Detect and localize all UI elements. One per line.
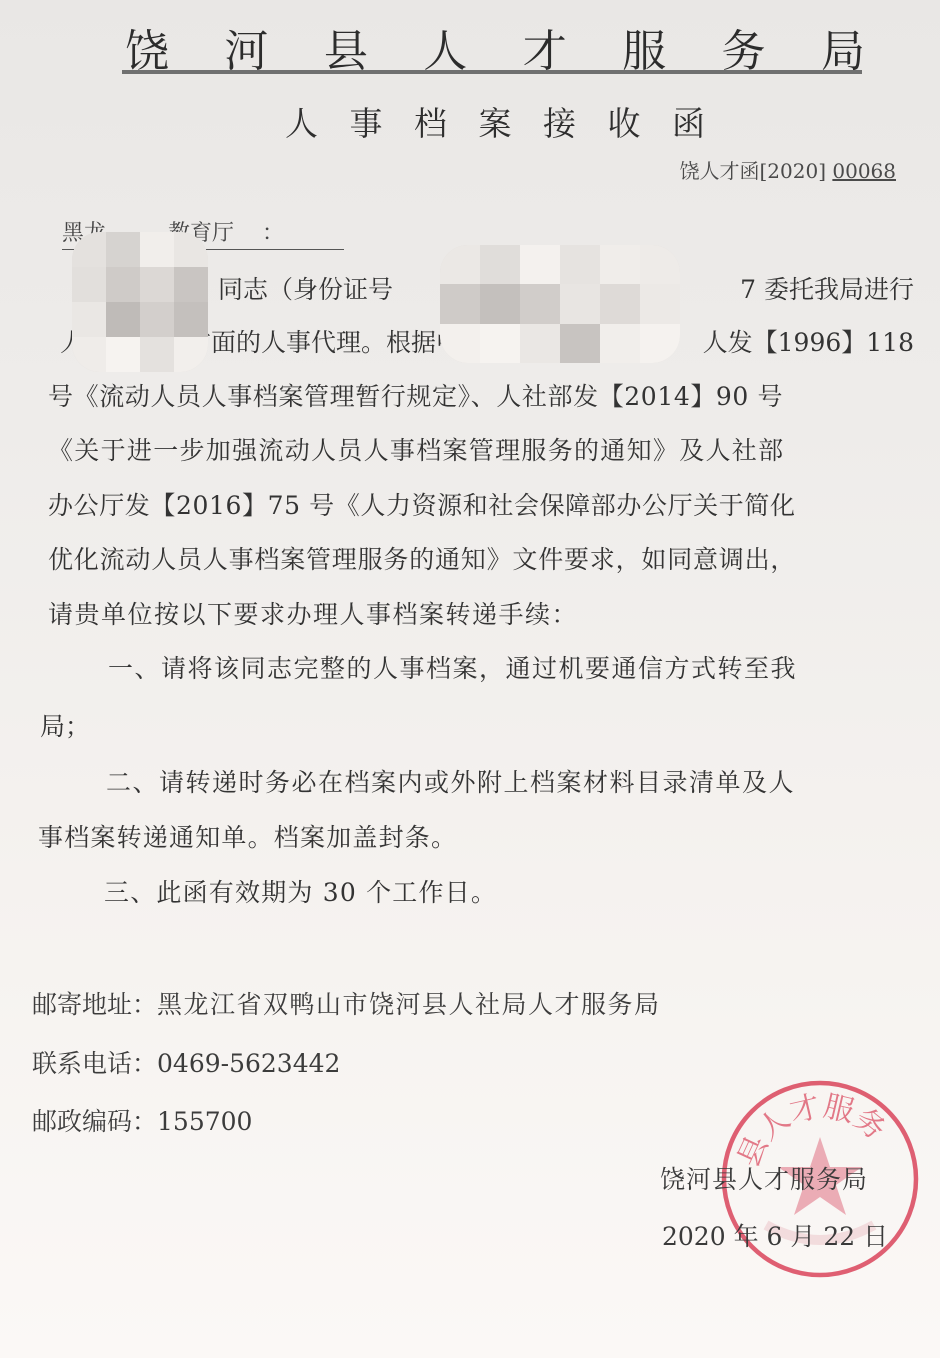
body-text: 《关于进一步加强流动人员人事档案管理服务的通知》及人社部 [48,436,784,465]
doc-title-char: 人 [285,98,318,145]
body-line-10: 二、请转递时务必在档案内或外附上档案材料目录清单及人 [106,763,940,799]
body-text: 二、请转递时务必在档案内或外附上档案材料目录清单及人 [106,768,795,797]
body-line-5: 办公厅发【2016】75 号《人力资源和社会保障部办公厅关于简化 [48,486,914,522]
header-rule [122,70,862,74]
document-title: 人 事 档 案 接 收 函 [285,98,705,145]
body-line-11: 事档案转递通知单。档案加盖封条。 [38,818,904,854]
body-line-4: 《关于进一步加强流动人员人事档案管理服务的通知》及人社部 [48,431,914,467]
body-text: 人发【1996】118 [703,323,914,359]
doc-title-char: 函 [672,98,705,145]
body-text: 一、请将该同志完整的人事档案，通过机要通信方式转至我 [108,654,797,683]
body-text: 三、此函有效期为 30 个工作日。 [104,878,497,907]
body-text: 优化流动人员人事档案管理服务的通知》文件要求，如同意调出， [48,545,796,574]
phone-value: 0469-5623442 [157,1049,340,1078]
signature-date: 2020 年 6 月 22 日 [662,1217,888,1253]
body-text: 办公厅发【2016】75 号《人力资源和社会保障部办公厅关于简化 [48,491,796,520]
postal-label: 邮政编码： [32,1107,157,1136]
body-text: 事档案转递通知单。档案加盖封条。 [38,823,457,852]
body-line-8: 一、请将该同志完整的人事档案，通过机要通信方式转至我 [108,649,940,685]
document-number: 饶人才函[2020] 00068 [680,155,897,184]
organization-title: 饶 河 县 人 才 服 务 局 [125,18,865,76]
body-text: 号《流动人员人事档案管理暂行规定》、人社部发【2014】90 号 [48,377,783,413]
doc-title-char: 事 [350,98,383,145]
doc-title-char: 案 [479,98,512,145]
redaction-blur-name [72,232,208,372]
contact-phone: 联系电话：0469-5623442 [32,1044,340,1080]
contact-address: 邮寄地址：黑龙江省双鸭山市饶河县人社局人才服务局 [32,985,661,1021]
body-text: 同志（身份证号 [218,270,393,306]
contact-postal: 邮政编码：155700 [32,1102,252,1138]
doc-title-char: 收 [608,98,641,145]
body-text: 请贵单位按以下要求办理人事档案转递手续： [48,600,578,629]
address-label: 邮寄地址： [32,990,157,1019]
document-number-prefix: 饶人才函[2020] [680,159,833,183]
phone-label: 联系电话： [32,1049,157,1078]
body-text: 局； [40,712,90,741]
redaction-blur-id [440,245,680,363]
address-value: 黑龙江省双鸭山市饶河县人社局人才服务局 [157,990,661,1019]
recipient-colon: ： [262,221,284,246]
body-line-6: 优化流动人员人事档案管理服务的通知》文件要求，如同意调出， [48,540,914,576]
body-line-3: 号《流动人员人事档案管理暂行规定》、人社部发【2014】90 号 [48,377,914,413]
body-text: 7 委托我局进行 [740,270,914,306]
doc-title-char: 档 [414,98,447,145]
body-line-9: 局； [40,707,906,743]
body-line-7: 请贵单位按以下要求办理人事档案转递手续： [48,595,914,631]
postal-value: 155700 [157,1107,252,1136]
doc-title-char: 接 [543,98,576,145]
signature-organization: 饶河县人才服务局 [660,1160,868,1196]
body-line-12: 三、此函有效期为 30 个工作日。 [104,873,940,909]
document-number-value: 00068 [832,159,896,183]
